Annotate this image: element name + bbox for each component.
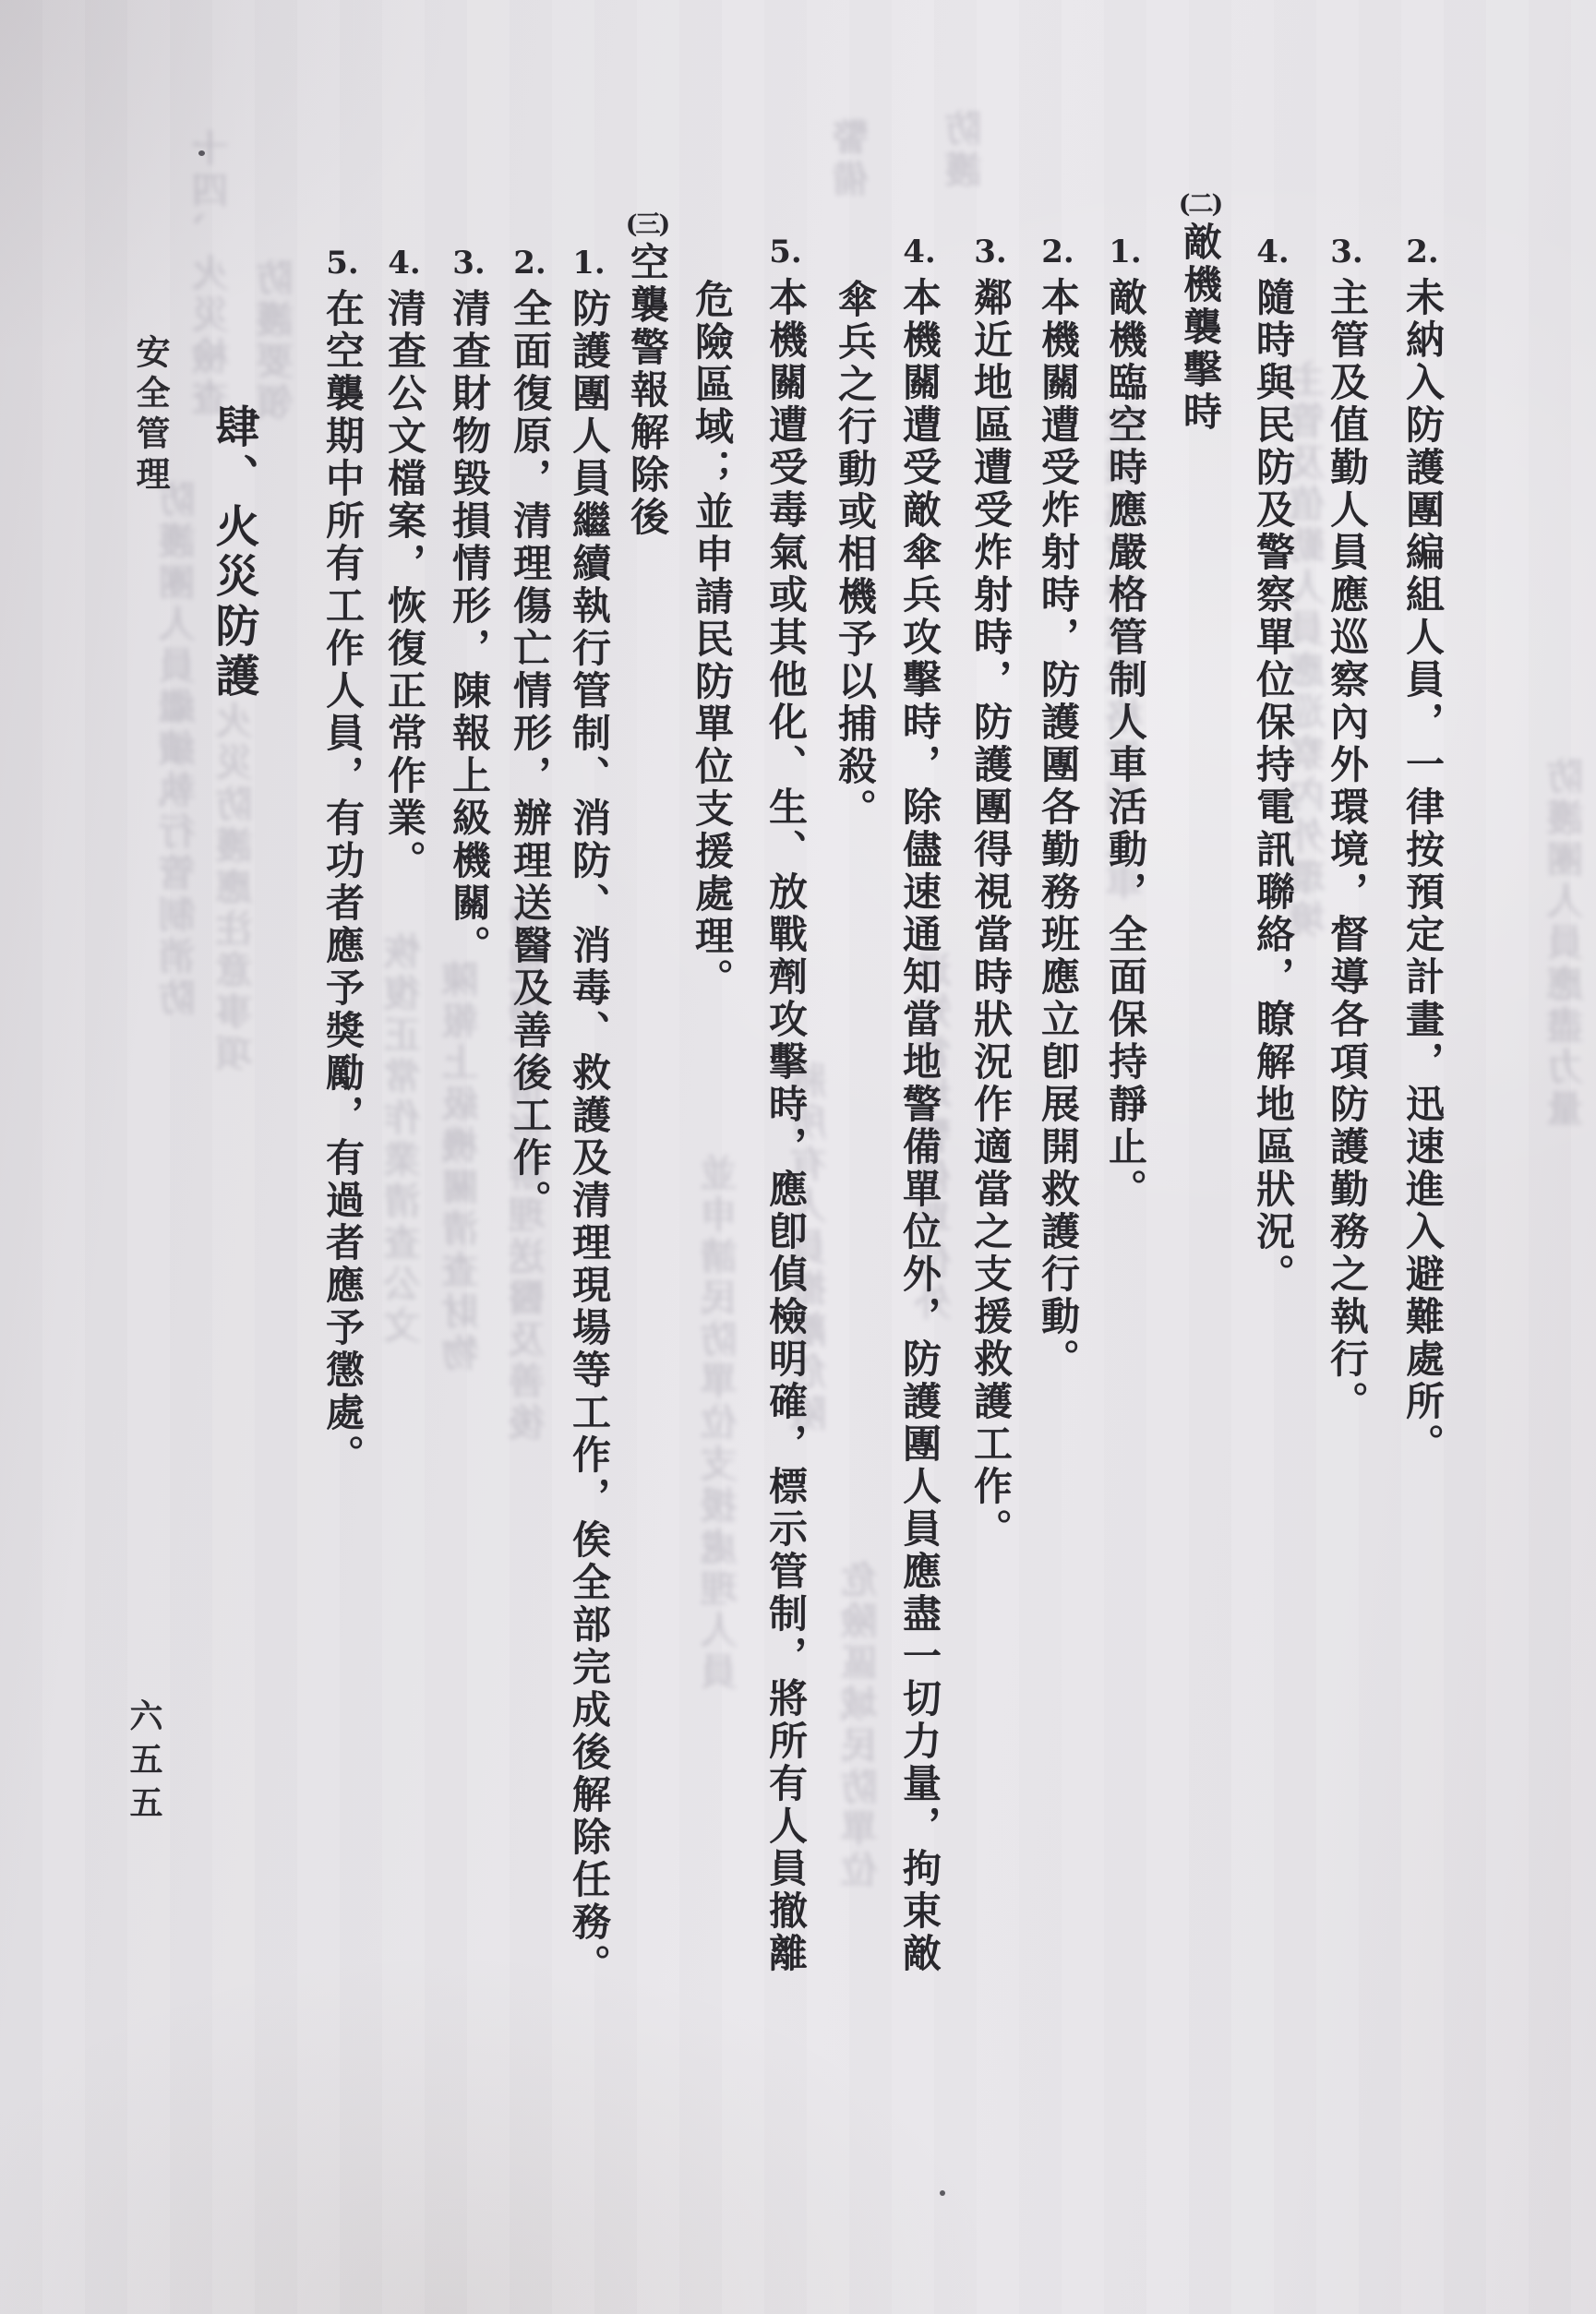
item-number: 1. <box>1109 236 1142 270</box>
column-text: 本機關遭受炸射時，防護團各勤務班應立卽展開救護行動。 <box>1031 277 1085 1381</box>
numbered-item-column: 3.主管及值勤人員應巡察內外環境，督導各項防護勤務之執行。 <box>1320 236 1374 1423</box>
column-text: 敵機襲擊時 <box>1173 222 1227 434</box>
bleedthrough-ghost-column: 恢復正常作業清查公文 <box>384 932 426 1348</box>
numbered-item-column: 3.鄰近地區遭受炸射時，防護團得視當時狀況作適當之支援救護工作。 <box>964 236 1017 1551</box>
column-text: 危險區域；並申請民防單位支援處理。 <box>685 279 738 1001</box>
text-column-continuation: 危險區域；並申請民防單位支援處理。 <box>685 279 738 1001</box>
bleedthrough-ghost-column: 防護要領 <box>257 258 299 425</box>
item-number: 2. <box>1406 236 1439 270</box>
item-number: 3. <box>1330 236 1363 270</box>
numbered-item-column: 2.本機關遭受炸射時，防護團各勤務班應立卽展開救護行動。 <box>1031 236 1085 1381</box>
numbered-item-column: 4.本機關遭受敵傘兵攻擊時，除儘速通知當地警備單位外，防護團人員應盡一切力量，拘… <box>893 236 946 1975</box>
text-column-continuation: 傘兵之行動或相機予以捕殺。 <box>828 279 882 831</box>
column-text: 空襲警報解除後 <box>620 242 674 539</box>
bleedthrough-ghost-column: 防護團人員繼續執行管制消防 <box>159 480 201 1020</box>
numbered-item-column: 3.清查財物毀損情形，陳報上級機關。 <box>442 247 496 967</box>
column-text: 隨時與民防及警察單位保持電訊聯絡，瞭解地區狀況。 <box>1246 277 1300 1296</box>
bleedthrough-ghost-column: 陳報上級機關清查財物 <box>442 960 485 1375</box>
ink-speck <box>940 2190 945 2196</box>
item-number: 5. <box>769 236 802 270</box>
numbered-item-column: 4.清查公文檔案，恢復正常作業。 <box>378 247 431 882</box>
item-number: 5. <box>326 247 359 281</box>
section-marker: (三) <box>626 212 669 238</box>
column-text: 全面復原，清理傷亡情形，辦理送醫及善後工作。 <box>503 288 557 1222</box>
column-text: 鄰近地區遭受炸射時，防護團得視當時狀況作適當之支援救護工作。 <box>964 277 1017 1551</box>
column-text: 本機關遭受敵傘兵攻擊時，除儘速通知當地警備單位外，防護團人員應盡一切力量，拘束敵 <box>893 277 946 1975</box>
column-text: 敵機臨空時應嚴格管制人車活動，全面保持靜止。 <box>1098 277 1152 1211</box>
numbered-item-column: 4.隨時與民防及警察單位保持電訊聯絡，瞭解地區狀況。 <box>1246 236 1300 1296</box>
bleedthrough-ghost-column: 火災防護應注意事項 <box>216 701 258 1075</box>
column-text: 傘兵之行動或相機予以捕殺。 <box>828 279 882 831</box>
numbered-item-column: 2.全面復原，清理傷亡情形，辦理送醫及善後工作。 <box>503 247 557 1222</box>
item-number: 3. <box>452 247 486 281</box>
scanned-page: 防護團人員應盡力量主管及值勤人員應巡察內外環境敵機臨空時應嚴格管制人車防護警備通… <box>0 0 1596 2314</box>
item-number: 3. <box>974 236 1007 270</box>
bleedthrough-ghost-column: 警備 <box>833 118 875 201</box>
bleedthrough-ghost-column: 並申請民防單位支援處理人員 <box>701 1154 743 1694</box>
column-text: 未納入防護團編組人員，一律按預定計畫，迅速進入避難處所。 <box>1396 277 1449 1466</box>
item-number: 2. <box>513 247 546 281</box>
column-text: 清查公文檔案，恢復正常作業。 <box>378 288 431 882</box>
numbered-item-column: 2.未納入防護團編組人員，一律按預定計畫，迅速進入避難處所。 <box>1396 236 1449 1466</box>
numbered-item-column: 1.敵機臨空時應嚴格管制人車活動，全面保持靜止。 <box>1098 236 1152 1211</box>
item-number: 4. <box>1256 236 1290 270</box>
bleedthrough-ghost-column: 危險區域民防單位 <box>841 1560 883 1892</box>
section-marker: (二) <box>1179 192 1222 218</box>
section-heading: 肆、火災防護 <box>207 403 260 702</box>
bleedthrough-ghost-column: 十四、火災檢查 <box>192 129 234 420</box>
bleedthrough-ghost-column: 防護團人員應盡力量 <box>1547 757 1590 1131</box>
numbered-item-column: 5.本機關遭受毒氣或其他化、生、放戰劑攻擊時，應卽偵檢明確，標示管制，將所有人員… <box>759 236 812 1975</box>
column-text: 防護團人員繼續執行管制、消防、消毒、救護及清理現場等工作，俟全部完成後解除任務。 <box>562 288 616 1986</box>
numbered-item-column: 5.在空襲期中所有工作人員，有功者應予獎勵，有過者應予懲處。 <box>316 247 369 1477</box>
column-text: 清查財物毀損情形，陳報上級機關。 <box>442 288 496 967</box>
section-title-column: (二)敵機襲擊時 <box>1173 192 1227 434</box>
item-number: 2. <box>1041 236 1074 270</box>
column-text: 肆、火災防護 <box>207 403 260 702</box>
item-number: 4. <box>388 247 421 281</box>
bleedthrough-ghost-column: 防護 <box>945 109 988 192</box>
section-title-column: (三)空襲警報解除後 <box>620 212 674 539</box>
margin-header: 安全管理 <box>126 334 175 497</box>
column-text: 本機關遭受毒氣或其他化、生、放戰劑攻擊時，應卽偵檢明確，標示管制，將所有人員撤離 <box>759 277 812 1975</box>
page-number: 六五五 <box>121 1698 168 1828</box>
ink-speck <box>198 150 205 156</box>
column-text: 在空襲期中所有工作人員，有功者應予獎勵，有過者應予懲處。 <box>316 288 369 1477</box>
column-text: 主管及值勤人員應巡察內外環境，督導各項防護勤務之執行。 <box>1320 277 1374 1423</box>
item-number: 4. <box>903 236 936 270</box>
numbered-item-column: 1.防護團人員繼續執行管制、消防、消毒、救護及清理現場等工作，俟全部完成後解除任… <box>562 247 616 1986</box>
item-number: 1. <box>572 247 606 281</box>
